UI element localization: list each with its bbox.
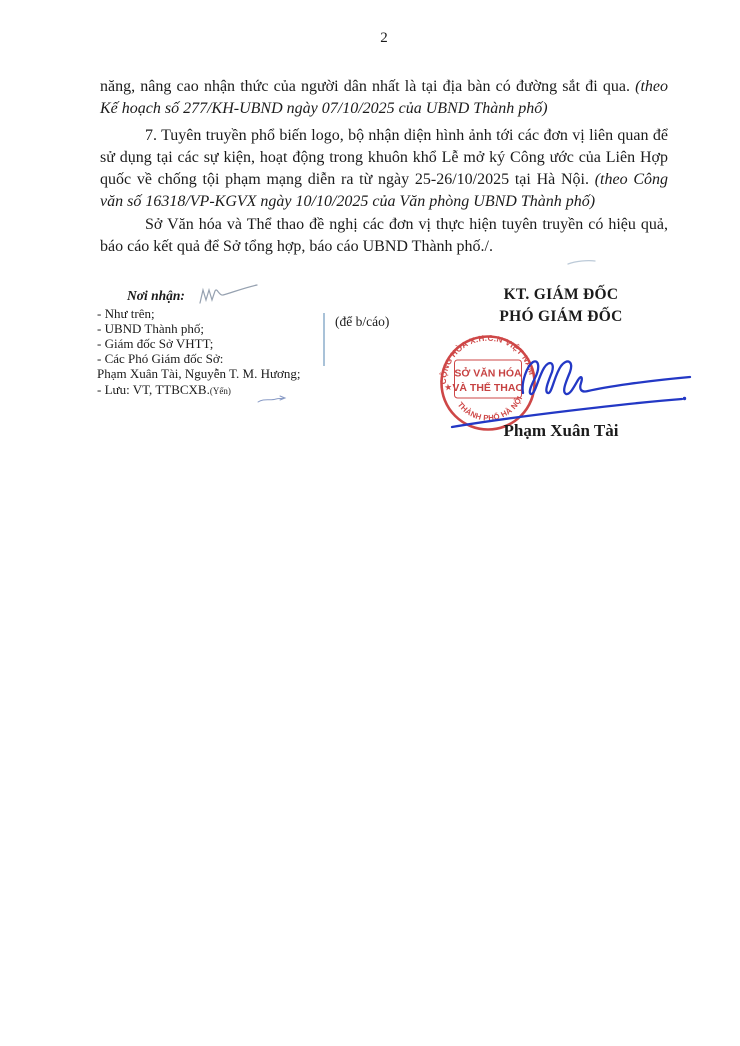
archive-clerk-note: (Yến) bbox=[210, 386, 231, 396]
paragraph-7: 7. Tuyên truyền phổ biến logo, bộ nhận d… bbox=[100, 125, 668, 214]
recipient-item: - Các Phó Giám đốc Sở: bbox=[97, 351, 301, 366]
signature-title-line1: KT. GIÁM ĐỐC bbox=[455, 284, 667, 306]
recipient-item: - Như trên; bbox=[97, 306, 301, 321]
recipient-item-luu: - Lưu: VT, TTBCXB. bbox=[97, 382, 210, 397]
document-body: năng, nâng cao nhận thức của người dân n… bbox=[100, 76, 668, 258]
signature-title-block: KT. GIÁM ĐỐC PHÓ GIÁM ĐỐC bbox=[455, 284, 667, 328]
handwritten-initials-mark bbox=[195, 282, 265, 308]
paragraph-closing: Sở Văn hóa và Thể thao đề nghị các đơn v… bbox=[100, 214, 668, 259]
recipient-item: - Giám đốc Sở VHTT; bbox=[97, 336, 301, 351]
paragraph-continuation-text: năng, nâng cao nhận thức của người dân n… bbox=[100, 78, 635, 95]
recipient-item: Phạm Xuân Tài, Nguyễn T. M. Hương; bbox=[97, 366, 301, 381]
document-page: 2 năng, nâng cao nhận thức của người dân… bbox=[0, 0, 740, 1046]
signature-title-line2: PHÓ GIÁM ĐỐC bbox=[455, 306, 667, 328]
faint-pen-mark bbox=[566, 257, 598, 267]
page-number: 2 bbox=[14, 30, 740, 47]
copy-note: (để b/cáo) bbox=[335, 314, 389, 330]
paragraph-7-text: 7. Tuyên truyền phổ biến logo, bộ nhận d… bbox=[100, 127, 668, 189]
recipients-bracket-line bbox=[323, 313, 325, 366]
paragraph-continuation: năng, nâng cao nhận thức của người dân n… bbox=[100, 76, 668, 121]
signer-name: Phạm Xuân Tài bbox=[455, 421, 667, 441]
pen-squiggle-mark bbox=[256, 394, 292, 406]
recipient-item: - UBND Thành phố; bbox=[97, 321, 301, 336]
